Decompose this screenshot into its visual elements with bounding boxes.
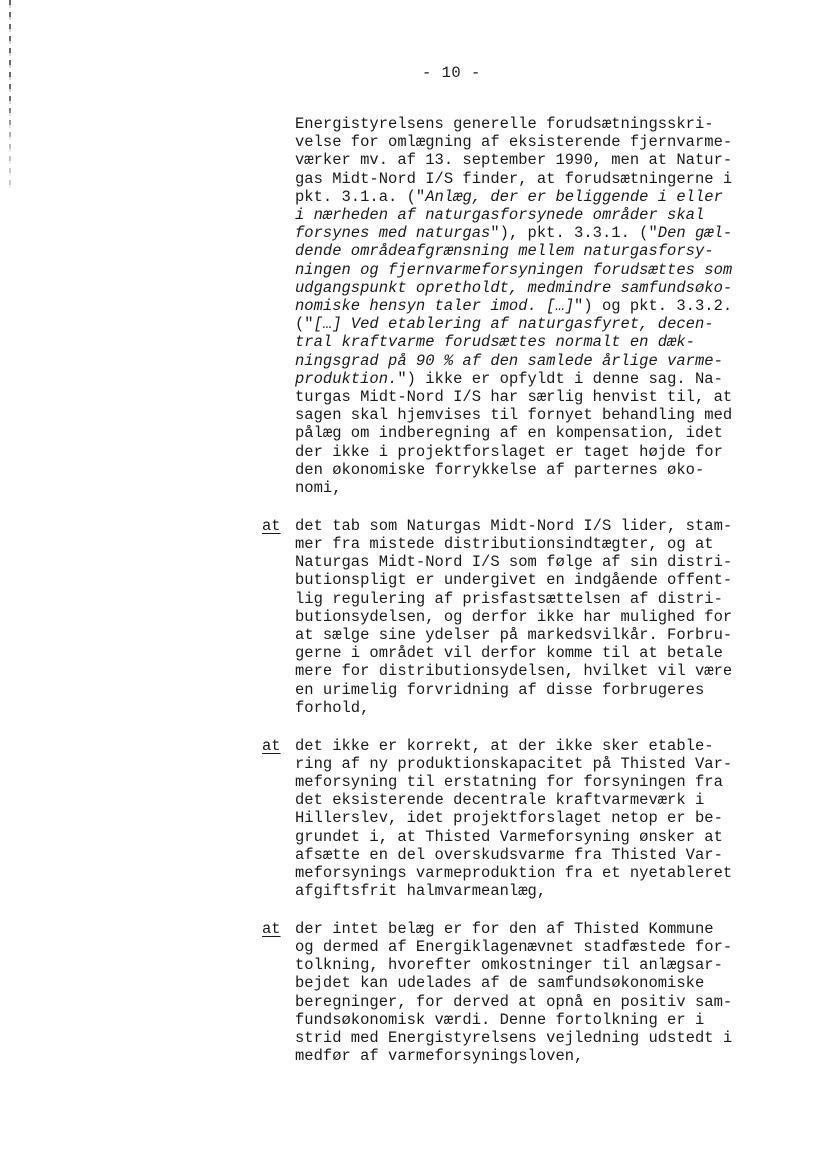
text-line: pålæg om indberegning af en kompensation… [295,424,755,442]
text-line: ningsgrad på 90 % af den samlede årlige … [295,352,755,370]
text-line: butionsydelsen, og derfor ikke har mulig… [295,608,755,626]
text-line: butionspligt er undergivet en indgående … [295,571,755,589]
text-line: i nærheden af naturgasforsynede områder … [295,206,755,224]
text-line: pkt. 3.1.a. ("Anlæg, der er beliggende i… [295,188,755,206]
text-line: ring af ny produktionskapacitet på Thist… [295,755,755,773]
text-line: og dermed af Energiklagenævnet stadfæste… [295,938,755,956]
text-line: tolkning, hvorefter omkostninger til anl… [295,956,755,974]
text-line: en urimelig forvridning af disse forbrug… [295,681,755,699]
text-line: velse for omlægning af eksisterende fjer… [295,133,755,151]
text-line: der intet belæg er for den af Thisted Ko… [295,920,755,938]
text-line: forsynes med naturgas"), pkt. 3.3.1. ("D… [295,224,755,242]
text-line: afsætte en del overskudsvarme fra Thiste… [295,846,755,864]
text-line: gerne i området vil derfor komme til at … [295,644,755,662]
text-line: medfør af varmeforsyningsloven, [295,1047,755,1065]
text-line: det eksisterende decentrale kraftvarmevæ… [295,791,755,809]
text-line: det tab som Naturgas Midt-Nord I/S lider… [295,517,755,535]
text-line: lig regulering af prisfastsættelsen af d… [295,590,755,608]
text-line: meforsynings varmeproduktion fra et nyet… [295,864,755,882]
paragraph: Energistyrelsens generelle forudsætnings… [295,115,755,497]
text-line: Energistyrelsens generelle forudsætnings… [295,115,755,133]
text-line: der ikke i projektforslaget er taget høj… [295,443,755,461]
text-line: mere for distributionsydelsen, hvilket v… [295,662,755,680]
text-line: forhold, [295,699,755,717]
text-line: produktion.") ikke er opfyldt i denne sa… [295,370,755,388]
text-line: det ikke er korrekt, at der ikke sker et… [295,737,755,755]
scan-artifact-line [9,0,11,190]
text-line: nomi, [295,479,755,497]
at-marker: at [262,920,281,938]
text-line: sagen skal hjemvises til fornyet behandl… [295,406,755,424]
text-line: værker mv. af 13. september 1990, men at… [295,151,755,169]
text-line: mer fra mistede distributionsindtægter, … [295,535,755,553]
text-line: meforsyning til erstatning for forsyning… [295,773,755,791]
text-line: Hillerslev, idet projektforslaget netop … [295,809,755,827]
text-line: strid med Energistyrelsens vejledning ud… [295,1029,755,1047]
text-line: den økonomiske forrykkelse af parternes … [295,461,755,479]
paragraph: atdet tab som Naturgas Midt-Nord I/S lid… [295,517,755,717]
page-number: - 10 - [422,64,481,82]
text-line: gas Midt-Nord I/S finder, at forudsætnin… [295,170,755,188]
at-marker: at [262,737,281,755]
at-marker: at [262,517,281,535]
text-line: nomiske hensyn taler imod. […]") og pkt.… [295,297,755,315]
document-page: - 10 - Energistyrelsens generelle foruds… [0,0,827,1170]
document-body: Energistyrelsens generelle forudsætnings… [295,115,755,1085]
text-line: at sælge sine ydelser på markedsvilkår. … [295,626,755,644]
text-line: ningen og fjernvarmeforsyningen forudsæt… [295,261,755,279]
paragraph: atdet ikke er korrekt, at der ikke sker … [295,737,755,901]
text-line: afgiftsfrit halmvarmeanlæg, [295,882,755,900]
text-line: beregninger, for derved at opnå en posit… [295,993,755,1011]
text-line: dende områdeafgrænsning mellem naturgasf… [295,242,755,260]
text-line: ("[…] Ved etablering af naturgasfyret, d… [295,315,755,333]
text-line: fundsøkonomisk værdi. Denne fortolkning … [295,1011,755,1029]
paragraph: atder intet belæg er for den af Thisted … [295,920,755,1066]
text-line: turgas Midt-Nord I/S har særlig henvist … [295,388,755,406]
text-line: Naturgas Midt-Nord I/S som følge af sin … [295,553,755,571]
text-line: bejdet kan udelades af de samfundsøkonom… [295,974,755,992]
text-line: grundet i, at Thisted Varmeforsyning øns… [295,828,755,846]
text-line: udgangspunkt opretholdt, medmindre samfu… [295,279,755,297]
text-line: tral kraftvarme forudsættes normalt en d… [295,333,755,351]
